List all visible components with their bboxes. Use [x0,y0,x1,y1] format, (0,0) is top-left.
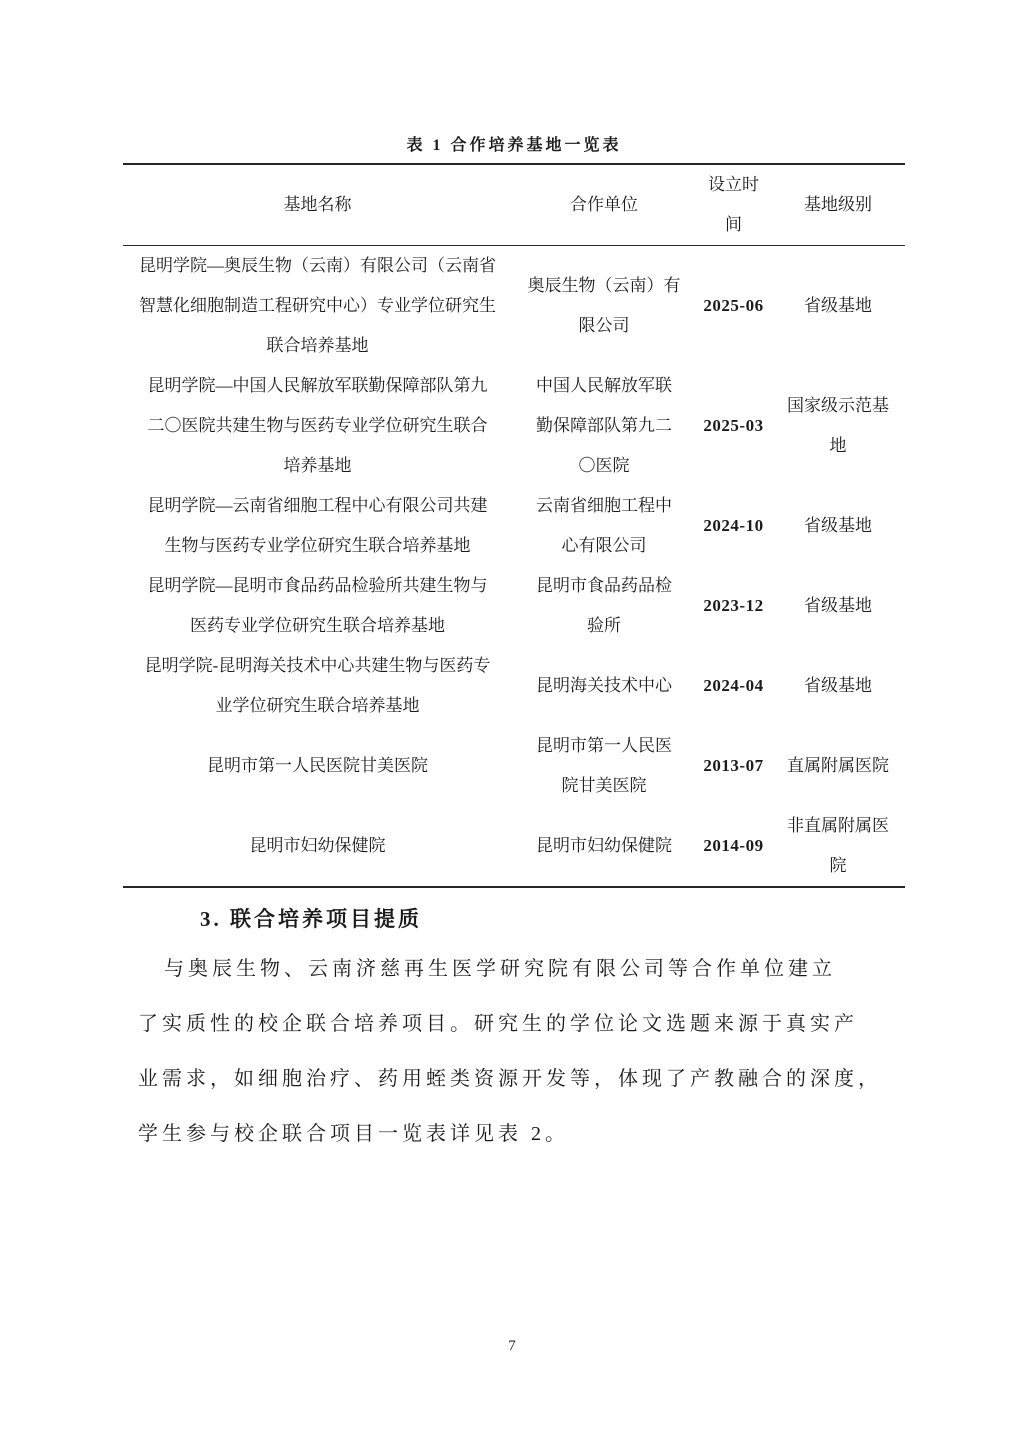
cell-partner: 昆明市妇幼保健院 [512,806,696,887]
cell-partner: 昆明海关技术中心 [512,646,696,726]
cell-date: 2025-06 [696,246,771,367]
cell-partner: 云南省细胞工程中 心有限公司 [512,486,696,566]
cell-partner: 昆明市第一人民医 院甘美医院 [512,726,696,806]
page-number: 7 [0,1338,1024,1355]
cell-date: 2024-10 [696,486,771,566]
cell-partner: 奥辰生物（云南）有 限公司 [512,246,696,367]
header-partner: 合作单位 [512,164,696,246]
cell-level: 非直属附属医 院 [771,806,905,887]
table-row: 昆明市第一人民医院甘美医院 昆明市第一人民医 院甘美医院 2013-07 直属附… [123,726,905,806]
cell-base-name: 昆明学院—奥辰生物（云南）有限公司（云南省 智慧化细胞制造工程研究中心）专业学位… [123,246,512,367]
cell-level: 省级基地 [771,486,905,566]
cell-level: 省级基地 [771,246,905,367]
cell-date: 2023-12 [696,566,771,646]
cell-date: 2014-09 [696,806,771,887]
cell-partner: 中国人民解放军联 勤保障部队第九二 〇医院 [512,366,696,486]
cell-base-name: 昆明市第一人民医院甘美医院 [123,726,512,806]
cell-base-name: 昆明学院—昆明市食品药品检验所共建生物与 医药专业学位研究生联合培养基地 [123,566,512,646]
table-title: 表 1 合作培养基地一览表 [123,135,905,157]
header-base-level: 基地级别 [771,164,905,246]
header-base-name: 基地名称 [123,164,512,246]
cell-date: 2025-03 [696,366,771,486]
cell-base-name: 昆明学院—中国人民解放军联勤保障部队第九 二〇医院共建生物与医药专业学位研究生联… [123,366,512,486]
header-setup-date: 设立时 间 [696,164,771,246]
cell-level: 省级基地 [771,646,905,726]
cell-base-name: 昆明市妇幼保健院 [123,806,512,887]
document-page: 表 1 合作培养基地一览表 基地名称 合作单位 设立时 间 基地级别 昆明学院—… [0,0,1024,1448]
cell-base-name: 昆明学院-昆明海关技术中心共建生物与医药专 业学位研究生联合培养基地 [123,646,512,726]
cooperation-base-table: 基地名称 合作单位 设立时 间 基地级别 昆明学院—奥辰生物（云南）有限公司（云… [123,163,905,888]
table-row: 昆明市妇幼保健院 昆明市妇幼保健院 2014-09 非直属附属医 院 [123,806,905,887]
cell-date: 2013-07 [696,726,771,806]
cell-base-name: 昆明学院—云南省细胞工程中心有限公司共建 生物与医药专业学位研究生联合培养基地 [123,486,512,566]
table-row: 昆明学院—昆明市食品药品检验所共建生物与 医药专业学位研究生联合培养基地 昆明市… [123,566,905,646]
table-row: 昆明学院—云南省细胞工程中心有限公司共建 生物与医药专业学位研究生联合培养基地 … [123,486,905,566]
table-header-row: 基地名称 合作单位 设立时 间 基地级别 [123,164,905,246]
section-heading: 3. 联合培养项目提质 [200,904,1024,934]
cell-partner: 昆明市食品药品检 验所 [512,566,696,646]
body-paragraph: 与奥辰生物、云南济慈再生医学研究院有限公司等合作单位建立 了实质性的校企联合培养… [138,942,904,1162]
table-row: 昆明学院-昆明海关技术中心共建生物与医药专 业学位研究生联合培养基地 昆明海关技… [123,646,905,726]
cell-level: 国家级示范基 地 [771,366,905,486]
table-row: 昆明学院—奥辰生物（云南）有限公司（云南省 智慧化细胞制造工程研究中心）专业学位… [123,246,905,367]
cell-level: 直属附属医院 [771,726,905,806]
table-row: 昆明学院—中国人民解放军联勤保障部队第九 二〇医院共建生物与医药专业学位研究生联… [123,366,905,486]
cell-date: 2024-04 [696,646,771,726]
cell-level: 省级基地 [771,566,905,646]
